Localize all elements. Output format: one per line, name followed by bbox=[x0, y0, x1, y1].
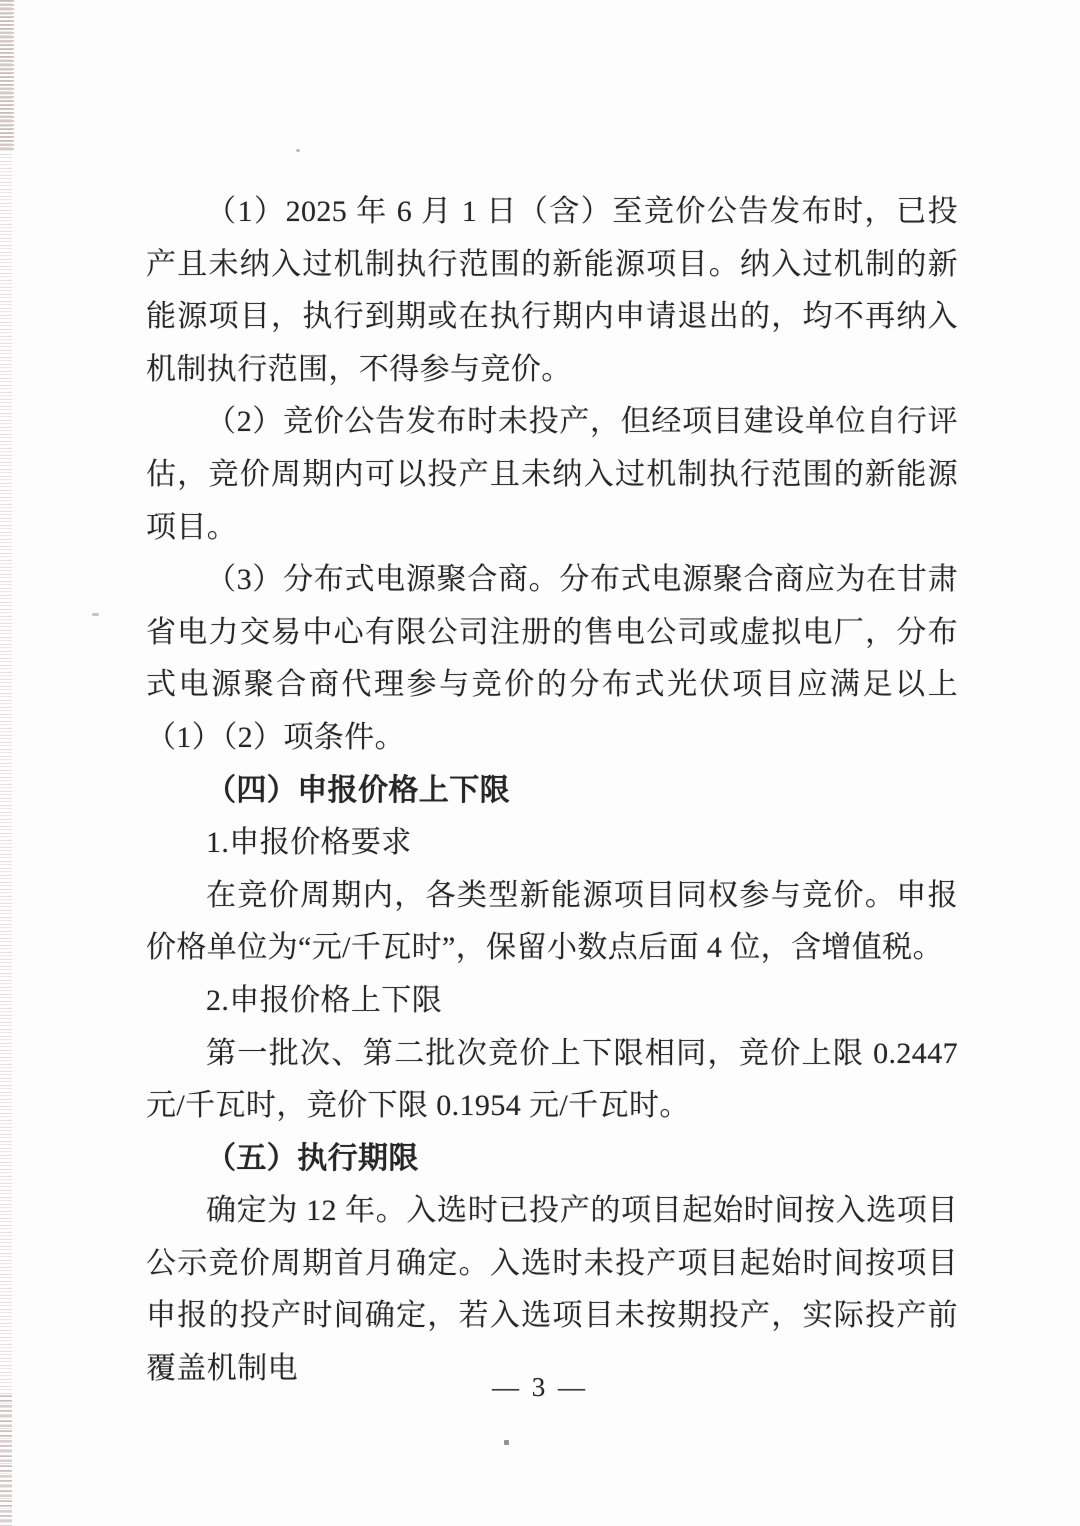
document-page: （1）2025 年 6 月 1 日（含）至竞价公告发布时，已投产且未纳入过机制执… bbox=[0, 0, 1080, 1526]
paragraph-2: （2）竞价公告发布时未投产，但经项目建设单位自行评估，竞价周期内可以投产且未纳入… bbox=[146, 396, 958, 554]
scan-edge-artifact bbox=[0, 0, 12, 1526]
scan-edge-artifact-bottom bbox=[0, 1395, 12, 1526]
document-body: （1）2025 年 6 月 1 日（含）至竞价公告发布时，已投产且未纳入过机制执… bbox=[146, 186, 958, 1396]
scan-speck bbox=[504, 1440, 509, 1445]
paragraph-3: （3）分布式电源聚合商。分布式电源聚合商应为在甘肃省电力交易中心有限公司注册的售… bbox=[146, 554, 958, 764]
page-number: — 3 — bbox=[0, 1372, 1080, 1403]
section-heading-4: （四）申报价格上下限 bbox=[146, 765, 958, 818]
scan-speck bbox=[92, 613, 99, 616]
scan-edge-artifact-top bbox=[0, 0, 14, 150]
paragraph-price-requirement: 在竞价周期内，各类型新能源项目同权参与竞价。申报价格单位为“元/千瓦时”，保留小… bbox=[146, 870, 958, 975]
scan-speck bbox=[296, 149, 300, 152]
section-heading-5: （五）执行期限 bbox=[146, 1133, 958, 1186]
subheading-price-limits: 2.申报价格上下限 bbox=[146, 975, 958, 1028]
paragraph-1: （1）2025 年 6 月 1 日（含）至竞价公告发布时，已投产且未纳入过机制执… bbox=[146, 186, 958, 396]
paragraph-execution-period: 确定为 12 年。入选时已投产的项目起始时间按入选项目公示竞价周期首月确定。入选… bbox=[146, 1185, 958, 1395]
paragraph-price-limits: 第一批次、第二批次竞价上下限相同，竞价上限 0.2447 元/千瓦时，竞价下限 … bbox=[146, 1028, 958, 1133]
subheading-price-requirement: 1.申报价格要求 bbox=[146, 817, 958, 870]
